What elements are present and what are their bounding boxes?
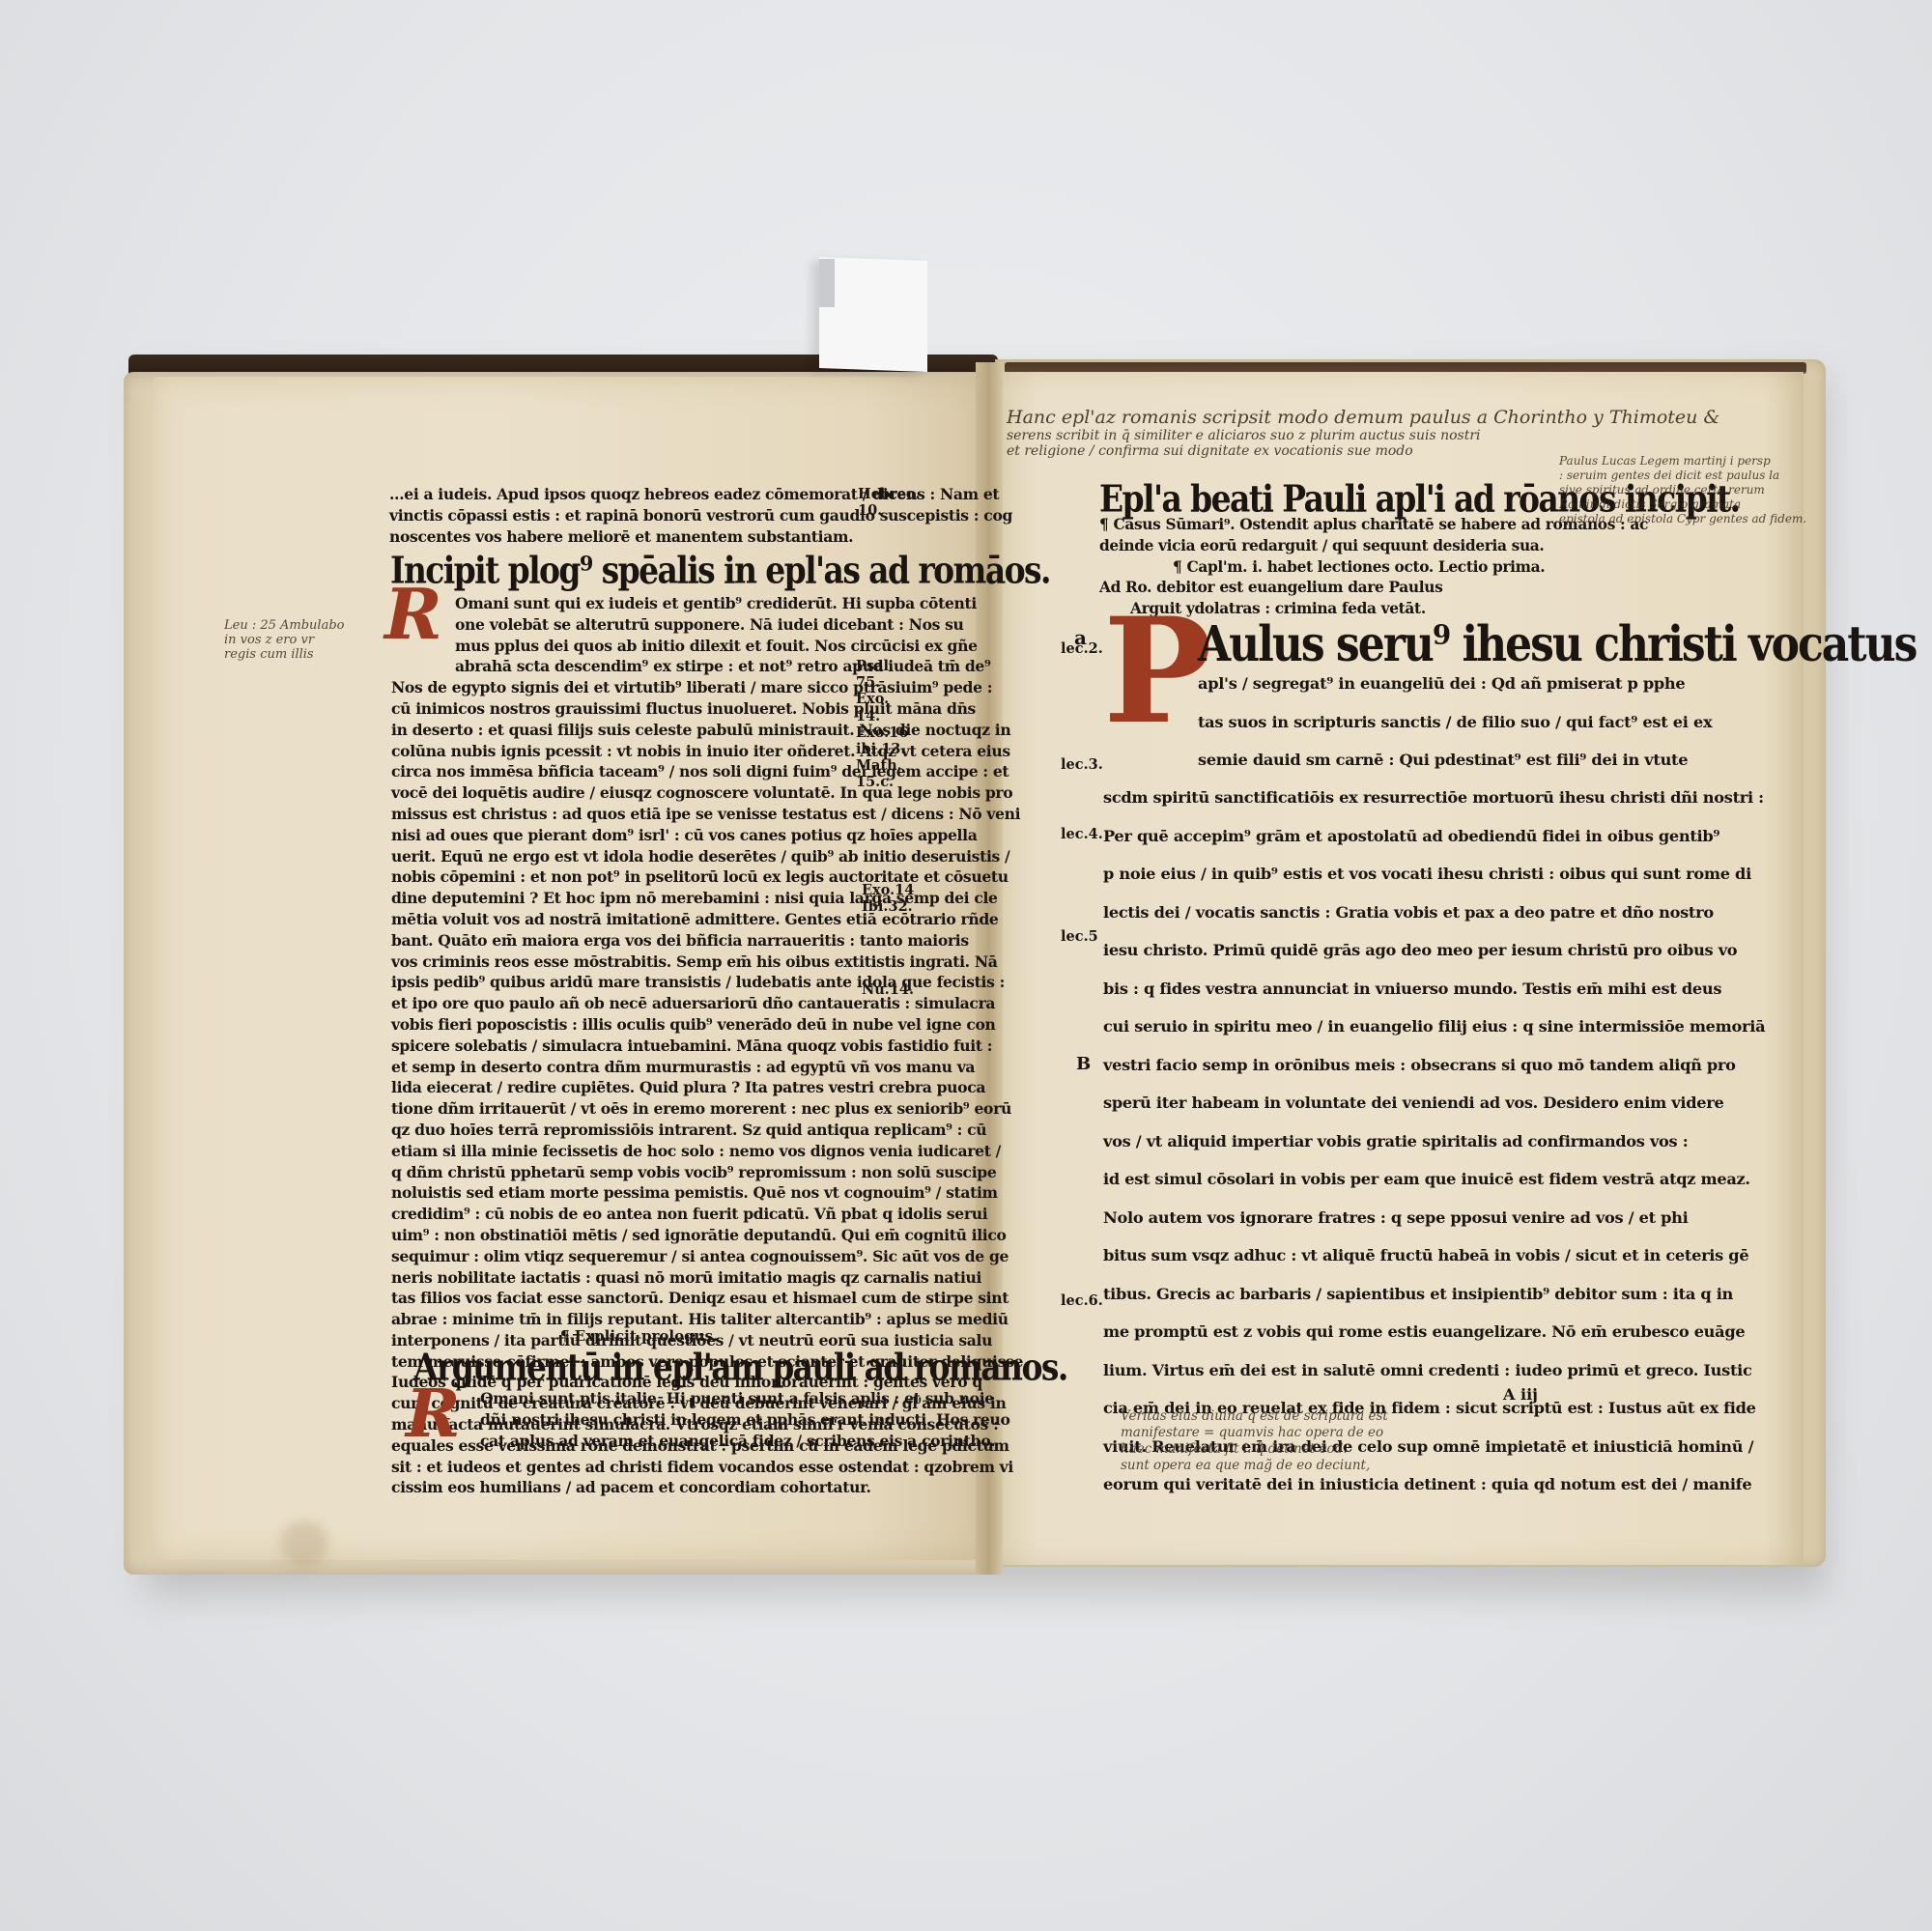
text-line: Omani sunt ptis italie. Hi puenti sunt a… [480, 1388, 1010, 1409]
margin-ref: Math. [856, 757, 902, 774]
text-line: vocē dei loquētis audire / eiusqz cognos… [391, 782, 1028, 804]
rubricated-initial-p: P [1103, 599, 1212, 744]
heading-argument: Argumentū in epl'am pauli ad romanos. [413, 1346, 1067, 1389]
text-line: uim⁹ : non obstinatiōi mētis / sed ignor… [391, 1225, 1028, 1246]
margin-ref-line: Hebreo. [858, 486, 920, 502]
heading-prologue: Incipit plog⁹ spēalis in epl'as ad romāo… [390, 549, 1050, 592]
explicit-prologus: ¶ Explicit prologus. [560, 1326, 718, 1346]
text-line: ipsis pedib⁹ quibus aridū mare transisti… [391, 972, 1028, 993]
rubricated-initial-r2: R [406, 1381, 461, 1447]
hand-line: Veritas eius diuina q̄ est de scriptura … [1121, 1408, 1388, 1425]
handwritten-margin-note: Leu : 25 Ambulabo in vos z ero vr regis … [224, 618, 344, 662]
text-line: Per quē accepim⁹ grām et apostolatū ad o… [1103, 817, 1765, 856]
signature-mark: A iij [1503, 1386, 1538, 1403]
romans-text: scdm spiritū sanctificatiōis ex resurrec… [1103, 779, 1765, 1504]
paper-tab-fold [819, 259, 835, 307]
text-line: missus est christus : ad quos etiā ipe s… [391, 804, 1028, 825]
margin-ref-hebreo: Hebreo. 10. [858, 486, 920, 519]
text-line: q dñm christū pphetarū semp vobis vocib⁹… [391, 1162, 1028, 1183]
hand-line: serens scribit in q̄ similiter e aliciar… [1007, 428, 1719, 443]
handwritten-right-margin: Paulus Lucas Legem martinj i persp : ser… [1559, 454, 1806, 526]
text-line: bis : q fides vestra annunciat in vniuer… [1103, 970, 1765, 1008]
text-line: et semp in deserto contra dñm murmurasti… [391, 1057, 1028, 1078]
hand-line: : seruim gentes dei dicit est paulus la [1559, 469, 1806, 483]
text-line: vobis fieri poposcistis : illis oculis q… [391, 1014, 1028, 1036]
hand-line: Ro uiridi dictis Sergio gramata [1559, 497, 1806, 512]
text-line: circa nos immēsa bñficia taceam⁹ / nos s… [391, 761, 1028, 782]
text-line: dine deputemini ? Et hoc ipm nō merebami… [391, 888, 1028, 909]
lectio-marker: lec.6. [1061, 1292, 1103, 1309]
text-line: sit : et iudeos et gentes ad christi fid… [391, 1457, 1028, 1478]
hand-line: sive spiritus qd ordine certa rerum [1559, 483, 1806, 497]
lectio-marker: lec.4. [1061, 826, 1103, 842]
text-line: et ipo ore quo paulo añ ob necē aduersar… [391, 993, 1028, 1014]
text-line: credidim⁹ : cū nobis de eo antea non fue… [391, 1204, 1028, 1225]
margin-ref: 14. [856, 708, 880, 724]
text-line: tas suos in scripturis sanctis / de fili… [1198, 703, 1712, 742]
text-line: vestri facio semp in orōnibus meis : obs… [1103, 1046, 1765, 1085]
lectio-marker: lec.5 [1061, 928, 1098, 945]
text-line: tibus. Grecis ac barbaris / sapientibus … [1103, 1275, 1765, 1314]
text-line: lida eiecerat / redire cupiētes. Quid pl… [391, 1077, 1028, 1098]
text-line: cū inimicos nostros grauissimi fluctus i… [391, 698, 1028, 720]
lectio-marker: lec.3. [1061, 756, 1103, 773]
hand-line: manifestare = quamvis hac opera de eo [1121, 1425, 1388, 1441]
text-line: me promptū est z vobis qui rome estis eu… [1103, 1313, 1765, 1351]
text-line: lectis dei / vocatis sanctis : Gratia vo… [1103, 894, 1765, 932]
hand-line: regis cum illis [224, 647, 344, 662]
margin-ref-line: 10. [858, 502, 920, 519]
lectio-marker-b: B [1076, 1056, 1091, 1072]
hand-line: Paulus Lucas Legem martinj i persp [1559, 454, 1806, 469]
text-line: tas filios vos faciat esse sanctorū. Den… [391, 1288, 1028, 1309]
text-line: noscentes vos habere meliorē et manentem… [389, 526, 1012, 548]
argument-text: Omani sunt ptis italie. Hi puenti sunt a… [480, 1388, 1010, 1451]
text-line: id est simul cōsolari in vobis per eam q… [1103, 1160, 1765, 1199]
margin-ref: Nu.14. [862, 981, 914, 998]
text-line: semie dauid sm carnē : Qui pdestinat⁹ es… [1198, 741, 1712, 780]
text-line: dñi nostri ihesu christi in legem et pph… [480, 1409, 1010, 1431]
hand-line: epistola ad epistola Cypr gentes ad fide… [1559, 512, 1806, 526]
hand-line: Leu : 25 Ambulabo [224, 618, 344, 633]
text-line: bant. Quāto em̄ maiora erga vos dei bñfi… [391, 930, 1028, 951]
text-line: nisi ad oues que pierant dom⁹ isrl' : cū… [391, 825, 1028, 846]
margin-ref: Exo. [856, 691, 889, 707]
text-line: sequimur : olim vtiqz sequeremur / si an… [391, 1246, 1028, 1267]
text-line: neris nobilitate iactatis : quasi nō mor… [391, 1267, 1028, 1289]
text-line: Nos de egypto signis dei et virtutib⁹ li… [391, 677, 1028, 698]
margin-ref: Exo.14 [862, 882, 914, 898]
text-line: deinde vicia eorū redarguit / qui sequun… [1099, 536, 1648, 557]
text-line: abrahā scta descendim⁹ ex stirpe : et no… [391, 656, 1028, 677]
text-line: qz duo hoīes terrā repromissiōis intrare… [391, 1120, 1028, 1141]
text-line: tione dñm irritauerūt / vt oēs in eremo … [391, 1098, 1028, 1120]
text-line: uerit. Equū ne ergo est vt idola hodie d… [391, 846, 1028, 867]
text-line: noluistis sed etiam morte pessima pemist… [391, 1182, 1028, 1204]
paper-tab-marker [819, 257, 927, 372]
margin-ref: 15.c. [856, 774, 894, 790]
text-line: one volebāt se alterutrū supponere. Nā i… [391, 614, 1028, 636]
hand-line: sunt opera ea que mag̃ de eo deciunt, [1121, 1458, 1388, 1474]
text-line: Omani sunt qui ex iudeis et gentib⁹ cred… [391, 593, 1028, 614]
romans-text-indented: apl's / segregat⁹ in euangeliū dei : Qd … [1198, 665, 1712, 780]
text-line: p noie eius / in quib⁹ estis et vos voca… [1103, 855, 1765, 894]
text-line: in deserto : et quasi filijs suis celest… [391, 720, 1028, 741]
text-line: iesu christo. Primū quidē grās ago deo m… [1103, 931, 1765, 970]
margin-ref: ibi.13. [856, 741, 905, 757]
text-line: lium. Virtus em̄ dei est in salutē omni … [1103, 1351, 1765, 1390]
capitulum-line: ¶ Capl'm. i. habet lectiones octo. Lecti… [1099, 557, 1648, 579]
text-line: apl's / segregat⁹ in euangeliū dei : Qd … [1198, 665, 1712, 703]
hand-line: Hanc epl'az romanis scripsit modo demum … [1007, 408, 1719, 428]
text-line: mus pplus dei quos ab initio dilexit et … [391, 636, 1028, 657]
handwritten-header: Hanc epl'az romanis scripsit modo demum … [1007, 408, 1719, 459]
handwritten-footer: Veritas eius diuina q̄ est de scriptura … [1121, 1408, 1388, 1474]
text-line: vos / vt aliquid impertiar vobis gratie … [1103, 1122, 1765, 1161]
text-line: etiam si illa minie fecissetis de hoc so… [391, 1141, 1028, 1162]
margin-ref: Exo.16 [856, 724, 908, 741]
text-line: vos criminis reos esse mōstrabitis. Semp… [391, 951, 1028, 973]
foxing-stain [280, 1521, 328, 1566]
text-line: Nolo autem vos ignorare fratres : q sepe… [1103, 1199, 1765, 1237]
text-line: sperū iter habeam in voluntate dei venie… [1103, 1084, 1765, 1122]
text-line: cui seruio in spiritu meo / in euangelio… [1103, 1008, 1765, 1046]
text-line: scdm spiritū sanctificatiōis ex resurrec… [1103, 779, 1765, 817]
text-line: cat aplus ad veram et euangelicā fidez /… [480, 1431, 1010, 1452]
hand-line: in vos z ero vr [224, 633, 344, 647]
text-line: mētia voluit vos ad nostrā imitationē ad… [391, 909, 1028, 930]
margin-ref: Ibi.32. [862, 898, 913, 915]
margin-ref-psal: Psal. [856, 658, 894, 674]
margin-ref: 75. [856, 674, 880, 691]
text-line: spicere solebatis / simulacra intuebamin… [391, 1036, 1028, 1057]
lectio-marker: lec.2. [1061, 640, 1103, 657]
hand-line: haec manifesta fit i. q̄ detinet eod. [1121, 1441, 1388, 1458]
text-line: cissim eos humilians / ad pacem et conco… [391, 1477, 1028, 1498]
text-line: nobis cōpemini : et non pot⁹ in pselitor… [391, 866, 1028, 888]
text-line: bitus sum vsqz adhuc : vt aliquē fructū … [1103, 1236, 1765, 1275]
text-line: colūna nubis ignis pcessit : vt nobis in… [391, 741, 1028, 762]
